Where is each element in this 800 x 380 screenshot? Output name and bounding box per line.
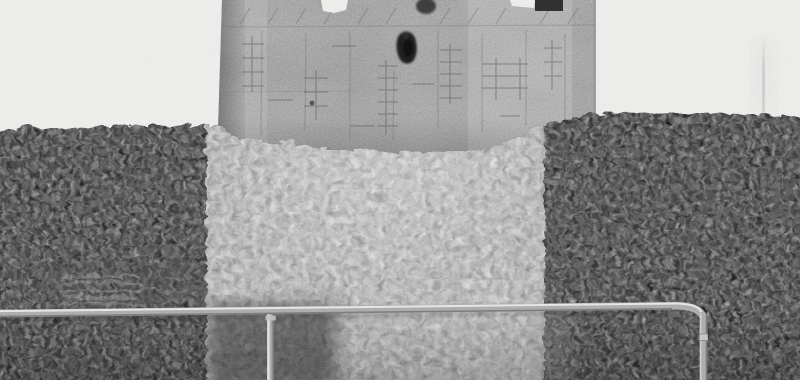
film-grain-overlay [0, 0, 800, 380]
photo-scene [0, 0, 800, 380]
photo-canvas [0, 0, 800, 380]
